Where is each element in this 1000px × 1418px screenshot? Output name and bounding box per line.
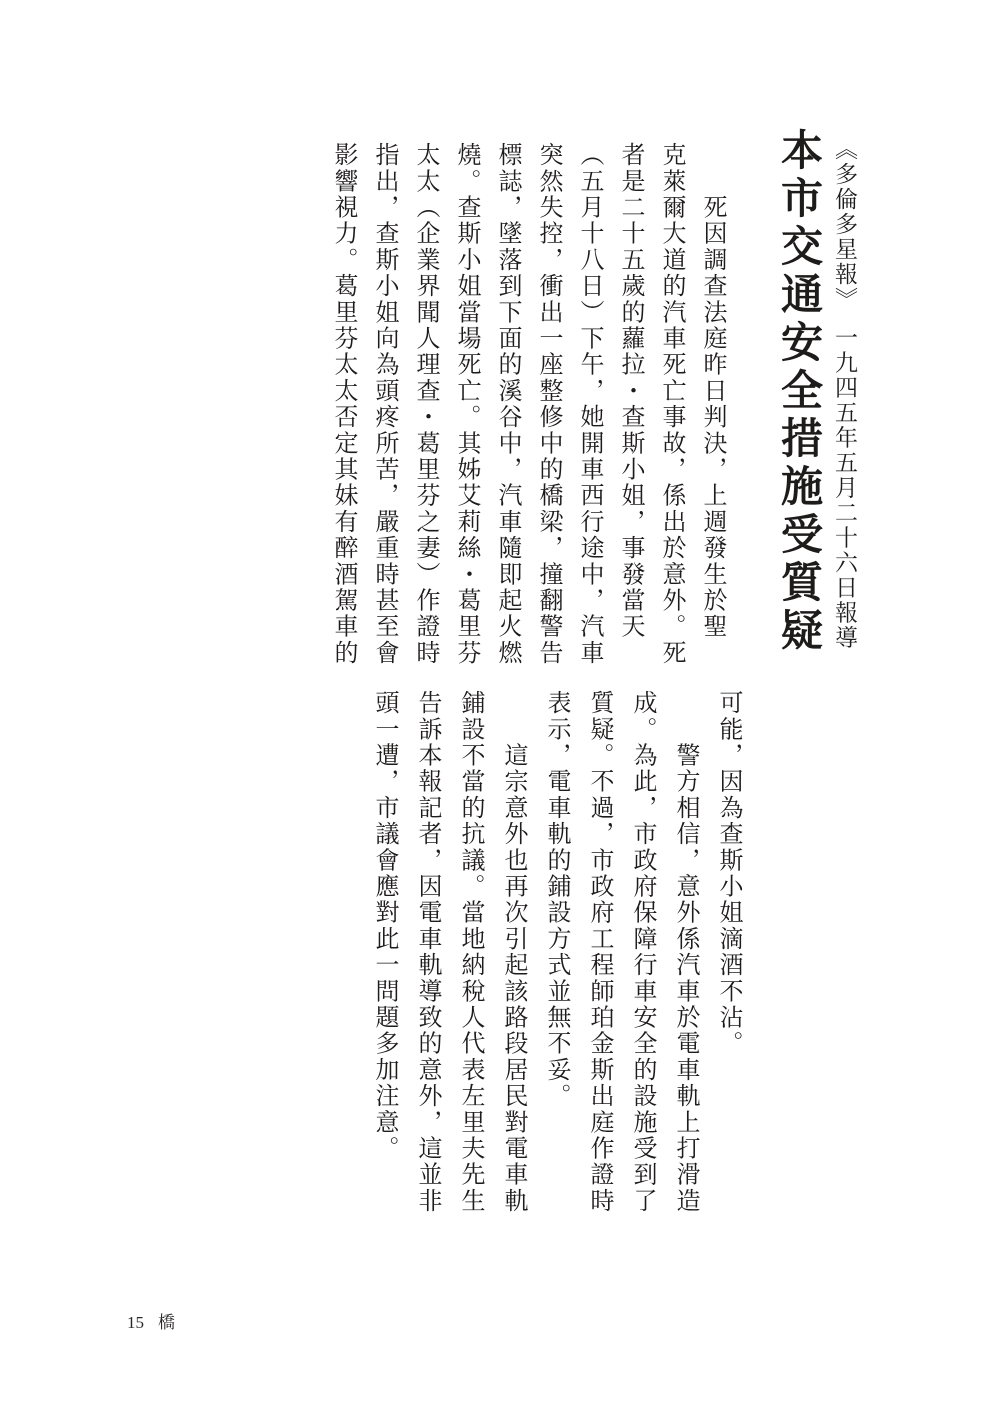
text-column: 表示，電車軌的鋪設方式並無不妥。 (534, 690, 577, 1216)
text-column: 鋪設不當的抗議。當地納稅人代表左里夫先生 (448, 690, 491, 1216)
text-column: 突然失控，衝出一座整修中的橋梁，撞翻警告 (527, 142, 568, 668)
text-column: 可能，因為查斯小姐滴酒不沾。 (706, 690, 749, 1216)
text-column: 警方相信，意外係汽車於電車軌上打滑造 (663, 690, 706, 1216)
text-column: （五月十八日）下午，她開車西行途中，汽車 (568, 142, 609, 668)
text-column: 質疑。不過，市政府工程師珀金斯出庭作證時 (577, 690, 620, 1216)
page-footer: 15橋 (127, 1308, 175, 1333)
text-column: 影響視力。葛里芬太太否定其妹有醉酒駕車的 (322, 142, 363, 668)
text-column: 頭一遭，市議會應對此一問題多加注意。 (362, 690, 405, 1216)
article-title: 本市交通安全措施受質疑 (772, 128, 824, 666)
source-attribution-line: 《多倫多星報》 一九四五年五月二十六日報導 (830, 128, 858, 666)
text-column: 燒。查斯小姐當場死亡。其姊艾莉絲・葛里芬 (445, 142, 486, 668)
article-header: 《多倫多星報》 一九四五年五月二十六日報導 本市交通安全措施受質疑 (772, 128, 858, 666)
chapter-title: 橋 (158, 1313, 175, 1332)
text-column: 克萊爾大道的汽車死亡事故，係出於意外。死 (650, 142, 691, 668)
text-column: 標誌，墜落到下面的溪谷中，汽車隨即起火燃 (486, 142, 527, 668)
page-number: 15 (127, 1313, 144, 1332)
text-column: 太太（企業界聞人理查・葛里芬之妻）作證時 (404, 142, 445, 668)
text-column: 指出，查斯小姐向為頭疼所苦，嚴重時甚至會 (363, 142, 404, 668)
text-column: 死因調查法庭昨日判決，上週發生於聖 (691, 142, 732, 668)
text-column: 者是二十五歲的蘿拉・查斯小姐，事發當天 (609, 142, 650, 668)
book-page: 《多倫多星報》 一九四五年五月二十六日報導 本市交通安全措施受質疑 死因調查法庭… (0, 0, 1000, 1418)
body-text-band-bottom: 可能，因為查斯小姐滴酒不沾。 警方相信，意外係汽車於電車軌上打滑造成。為此，市政… (362, 690, 749, 1216)
text-column: 這宗意外也再次引起該路段居民對電車軌 (491, 690, 534, 1216)
text-column: 成。為此，市政府保障行車安全的設施受到了 (620, 690, 663, 1216)
body-text-band-top: 死因調查法庭昨日判決，上週發生於聖克萊爾大道的汽車死亡事故，係出於意外。死者是二… (322, 142, 732, 668)
text-column: 告訴本報記者，因電車軌導致的意外，這並非 (405, 690, 448, 1216)
